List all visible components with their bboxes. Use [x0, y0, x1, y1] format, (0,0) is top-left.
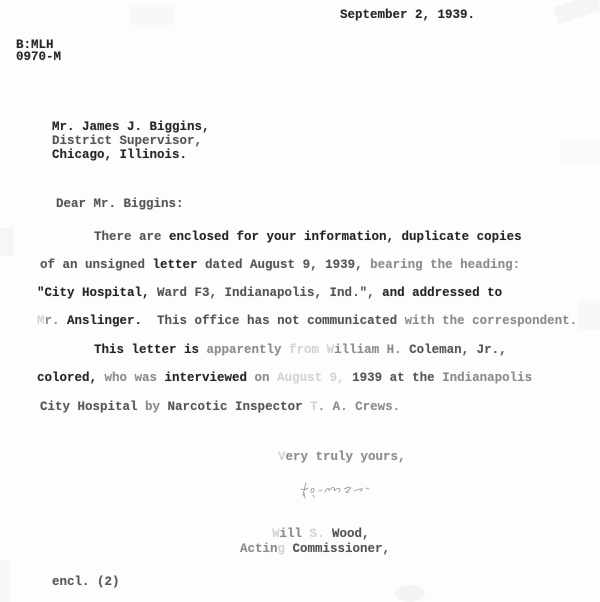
body-line: This letter is apparently from William H… [94, 343, 507, 357]
text-segment: colored, [37, 371, 105, 385]
text-segment: enclosed for your information, duplicate… [169, 230, 522, 244]
text-segment: encl. (2) [52, 575, 120, 589]
text-segment: Chicago, Illinois. [52, 148, 187, 162]
text-segment: Wood, [332, 527, 370, 541]
text-segment: "City Hospital, [37, 286, 157, 300]
text-segment: September 2, 1939. [340, 8, 475, 22]
text-segment: addressed to [412, 286, 502, 300]
body-line: of an unsigned letter dated August 9, 19… [40, 258, 520, 272]
text-segment: ill [280, 527, 310, 541]
text-segment: Mr. James J. Biggins, [52, 120, 210, 134]
text-segment: . A. Crews. [318, 400, 401, 414]
text-segment: Actin [240, 542, 278, 556]
text-segment: Anslinger. [67, 314, 157, 328]
text-segment: M [37, 314, 45, 328]
text-segment: from [289, 343, 327, 357]
paper-smudge [0, 228, 14, 256]
letter-page: September 2, 1939. B:MLH 0970-M Mr. Jame… [0, 0, 600, 602]
text-segment: bearing the heading: [370, 258, 520, 272]
text-segment: W [272, 527, 280, 541]
text-segment: District Supervisor, [52, 134, 202, 148]
text-segment: r. [45, 314, 68, 328]
signer-name: Will S. Wood, [272, 527, 370, 541]
text-segment: 1939 at the [345, 371, 443, 385]
complimentary-close: Very truly yours, [278, 450, 406, 464]
text-segment: Biggins: [124, 197, 184, 211]
text-segment: W [327, 343, 335, 357]
text-segment: Narcotic Inspector [168, 400, 311, 414]
text-segment: illiam H. [334, 343, 402, 357]
text-segment: Commissioner, [293, 542, 391, 556]
text-segment: Coleman, Jr., [402, 343, 507, 357]
text-segment: V [278, 450, 286, 464]
text-segment: City Hospital [40, 400, 145, 414]
text-segment: T [310, 400, 318, 414]
text-segment: by [145, 400, 168, 414]
body-line: There are enclosed for your information,… [94, 230, 522, 244]
text-segment: letter [153, 258, 198, 272]
paper-smudge [0, 560, 10, 602]
body-line: City Hospital by Narcotic Inspector T. A… [40, 400, 400, 414]
paper-smudge [560, 140, 600, 162]
enclosure-note: encl. (2) [52, 575, 120, 589]
text-segment: There are [94, 230, 169, 244]
body-line: Mr. Anslinger. This office has not commu… [37, 314, 577, 328]
text-segment: of an unsigned [40, 258, 153, 272]
text-segment: S. [310, 527, 333, 541]
text-segment: who was [105, 371, 165, 385]
body-line: "City Hospital, Ward F3, Indianapolis, I… [37, 286, 502, 300]
recipient-name: Mr. James J. Biggins, [52, 120, 210, 134]
signature-scribble-icon [298, 479, 376, 505]
text-segment: on [255, 371, 278, 385]
date-line: September 2, 1939. [340, 8, 475, 22]
body-line: colored, who was interviewed on August 9… [37, 371, 532, 385]
paper-smudge [553, 0, 600, 25]
text-segment: 0970-M [16, 50, 61, 64]
text-segment: This letter is [94, 343, 207, 357]
text-segment: ery truly yours, [286, 450, 406, 464]
text-segment: apparently [207, 343, 290, 357]
signer-title: Acting Commissioner, [240, 542, 390, 556]
text-segment: August 9, [277, 371, 345, 385]
text-segment: Dear Mr. [56, 197, 124, 211]
paper-smudge [578, 300, 600, 330]
text-segment: Indianapolis [442, 371, 532, 385]
text-segment: and [375, 286, 413, 300]
salutation: Dear Mr. Biggins: [56, 197, 184, 211]
text-segment: interviewed [165, 371, 255, 385]
recipient-title: District Supervisor, [52, 134, 202, 148]
text-segment: with the correspondent. [405, 314, 578, 328]
paper-smudge [395, 585, 425, 602]
paper-smudge [130, 5, 175, 25]
text-segment: Ward F3, Indianapolis, Ind.", [157, 286, 375, 300]
file-number: 0970-M [16, 50, 61, 64]
text-segment: g [278, 542, 293, 556]
text-segment: dated August 9, 1939, [198, 258, 371, 272]
text-segment: This office has not communicated [157, 314, 405, 328]
recipient-city: Chicago, Illinois. [52, 148, 187, 162]
